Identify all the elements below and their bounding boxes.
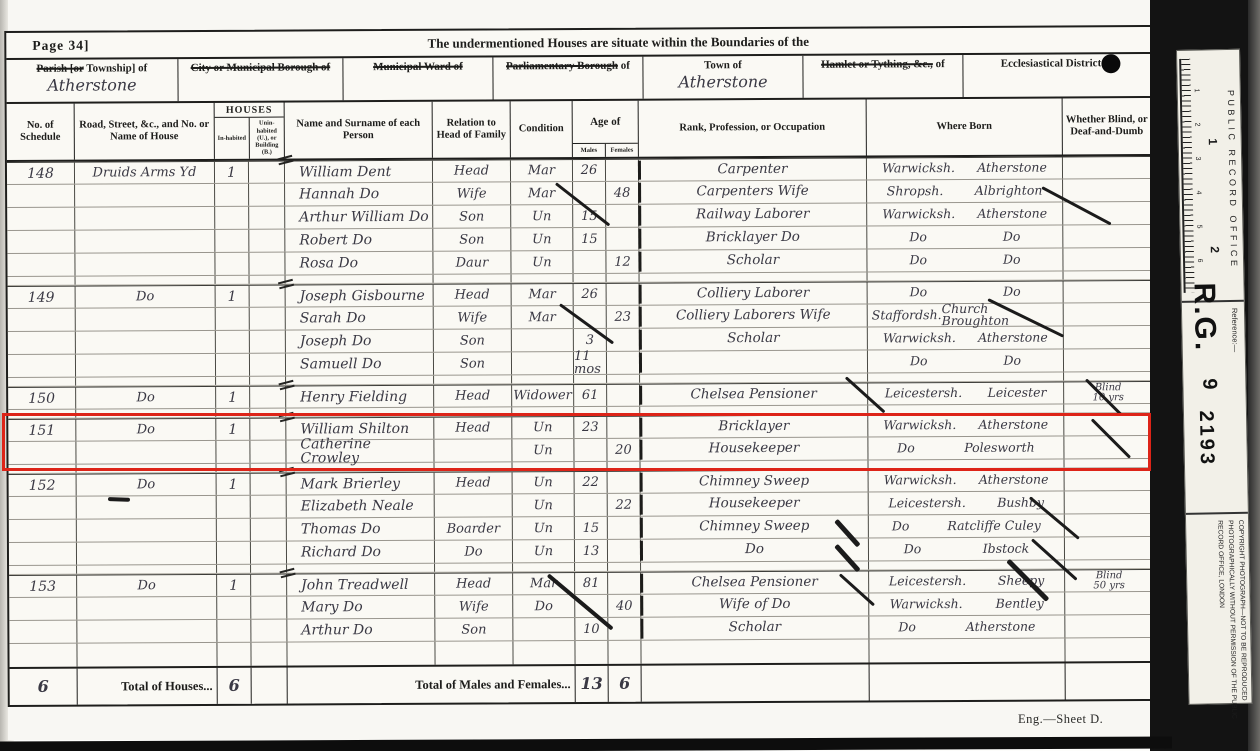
cell-occ (641, 561, 869, 570)
boundary-town: Town of Atherstone (643, 56, 803, 99)
cell-name: Joseph Gisbourne (286, 285, 434, 307)
cell-born (868, 271, 1064, 280)
cell-inf (1065, 537, 1153, 559)
cell-name: Robert Do (285, 229, 433, 252)
cell-sch: 150 (8, 388, 76, 409)
cell-af (607, 274, 640, 282)
cell-inh (216, 308, 250, 330)
col-houses-group: HOUSES In-habited Unin-habited (U.), or … (215, 103, 285, 159)
public-record-office-label: PUBLIC RECORD OFFICE (1226, 90, 1239, 270)
cell-name: John Treadwell (287, 574, 435, 596)
cell-sch: 149 (8, 287, 76, 308)
cell-inf (1065, 592, 1153, 614)
cell-rel: Head (435, 472, 513, 493)
cell-sch (7, 254, 75, 276)
cell-rel: Do (435, 540, 513, 562)
boundary-ward-struck: Municipal Ward of (373, 61, 463, 73)
cell-name: Mary Do (287, 596, 435, 619)
cell-cond: Un (513, 472, 575, 493)
cell-sch (9, 621, 77, 643)
cell-am: 26 (573, 160, 606, 181)
boundary-parliamentary-borough: Parliamentary Borough of (493, 57, 643, 100)
cell-am (575, 494, 608, 516)
cell-af (606, 205, 639, 227)
cell-cond: Un (511, 228, 573, 250)
cell-occ: Colliery Laborer (640, 282, 868, 304)
cell-inh (217, 542, 251, 564)
cell-rel (434, 375, 512, 383)
cell-af (607, 352, 640, 374)
cell-sch (9, 644, 77, 667)
cell-rel: Daur (433, 251, 511, 273)
cell-occ (640, 373, 868, 382)
cell-road: Do (77, 474, 217, 496)
col-infirmity: Whether Blind, or Deaf-and-Dumb (1063, 98, 1151, 154)
page-number: Page 34] (32, 37, 89, 53)
cell-cond: Mar (511, 160, 573, 181)
cell-af (608, 563, 641, 571)
boundary-hamlet: Hamlet or Tything, &c., of (803, 55, 963, 98)
cell-uninh (249, 207, 285, 229)
cell-born: Shropsh.Albrighton (867, 179, 1063, 202)
cell-rel (435, 563, 513, 571)
cell-born: Warwicksh.Atherstone (867, 202, 1063, 225)
cell-inh: 1 (217, 474, 251, 495)
cell-born: Warwicksh.Atherstone (868, 326, 1064, 349)
boundary-city-borough: City or Municipal Borough of (178, 58, 343, 101)
cell-af (608, 517, 641, 539)
cell-inf (1065, 615, 1153, 637)
cell-inf (1064, 349, 1152, 371)
cell-inh (217, 496, 251, 518)
col-condition: Condition (511, 101, 573, 157)
cell-cond: Mar (511, 182, 573, 204)
cell-inh (215, 207, 249, 229)
boundary-parish-value: Atherstone (6, 75, 177, 95)
cell-inf (1064, 303, 1152, 325)
col-inhabited: In-habited (215, 118, 250, 159)
cell-inh (216, 276, 250, 284)
ruler-number: 2 (1193, 123, 1200, 127)
totals-infirmity-blank (1066, 663, 1154, 699)
col-name: Name and Surname of each Person (285, 102, 433, 159)
boundary-ecclesiastical: Ecclesiastical District of (963, 54, 1150, 97)
cell-name: Arthur Do (287, 619, 435, 642)
totals-schedule: 6 (10, 669, 78, 705)
cell-name (287, 564, 435, 573)
col-age-group: Age of Males Females (573, 101, 639, 157)
cell-cond: Un (513, 540, 575, 562)
cell-sch: 153 (9, 576, 77, 597)
ruler-number: 3 (1194, 157, 1201, 161)
boundary-parish-label: Township] of (86, 62, 147, 74)
cell-inf (1064, 271, 1152, 279)
cell-road (75, 253, 215, 276)
boundary-city-struck: City or Municipal Borough of (191, 61, 331, 74)
cell-name (286, 275, 434, 284)
census-scan-viewport: Page 34] The undermentioned Houses are s… (0, 0, 1260, 751)
cell-inf (1065, 560, 1153, 568)
cell-am: 15 (575, 517, 608, 539)
cell-born: Warwicksh.Bentley (869, 592, 1065, 615)
cell-cond: Widower (512, 385, 574, 406)
cell-cond: Un (511, 205, 573, 227)
cell-road (77, 597, 217, 620)
ruler-number: 1 (1193, 89, 1200, 93)
col-road: Road, Street, &c., and No. or Name of Ho… (75, 103, 215, 160)
cell-occ (640, 350, 868, 373)
totals-occupation-blank (642, 664, 870, 701)
cell-rel (435, 494, 513, 516)
cell-inf (1065, 469, 1153, 490)
cell-am (575, 641, 608, 664)
cell-am: 81 (575, 573, 608, 594)
cell-am: 13 (575, 540, 608, 562)
cell-road (75, 207, 215, 230)
cell-occ: Chimney Sweep (641, 515, 869, 538)
ruler-icon (1179, 59, 1194, 293)
ink-mark (108, 497, 130, 502)
cell-born (869, 638, 1065, 662)
boundary-hamlet-label: of (936, 58, 945, 70)
cell-af: 40 (608, 595, 641, 617)
cell-born: DoDo (867, 225, 1063, 248)
boundary-town-label: Town of (704, 59, 742, 71)
cell-inh (216, 331, 250, 353)
cell-inh (217, 597, 251, 619)
totals-males: 13 (576, 666, 609, 702)
cell-inf (1065, 514, 1153, 536)
totals-houses-label: Total of Houses... (78, 668, 218, 705)
cell-road (76, 377, 216, 386)
cell-sch (9, 598, 77, 620)
cell-sch (8, 277, 76, 285)
cell-uninh (249, 230, 285, 252)
cell-road (77, 542, 217, 565)
cell-occ: Do (641, 538, 869, 561)
cell-am: 11 mos (574, 352, 607, 374)
cell-born (868, 372, 1064, 381)
boundary-parl-struck: Parliamentary Borough (506, 60, 618, 73)
cell-road: Do (76, 387, 216, 409)
cell-cond (512, 352, 574, 374)
cell-uninh (249, 253, 285, 275)
cell-sch (9, 520, 77, 542)
cell-born: DoDo (867, 248, 1063, 271)
cell-occ: Scholar (641, 616, 869, 639)
cell-am: 3 (574, 329, 607, 351)
boundary-header-row: Parish [or Township] of Atherstone City … (6, 54, 1150, 104)
cell-uninh (251, 620, 287, 642)
strip-divider (1186, 512, 1248, 515)
cell-sch (8, 332, 76, 354)
col-schedule: No. of Schedule (7, 104, 75, 160)
col-uninhabited: Unin-habited (U.), or Building (B.) (250, 118, 284, 159)
ruler-inch-number: 2 (1208, 246, 1222, 253)
cell-occ: Housekeeper (641, 492, 869, 515)
series-number: 9 (1197, 378, 1220, 390)
totals-born-blank (870, 663, 1066, 700)
cell-road: Druids Arms Yd (75, 162, 215, 184)
cell-af: 12 (606, 251, 639, 273)
cell-sch: 148 (7, 163, 75, 184)
cell-uninh (251, 597, 287, 619)
cell-cond (512, 329, 574, 351)
reference-strip: 1 2 3 4 5 6 1 2 PUBLIC RECORD OFFICE Ref… (1176, 49, 1253, 705)
cell-road (76, 354, 216, 377)
cell-rel (435, 641, 513, 664)
boundary-hamlet-struck: Hamlet or Tything, &c., (821, 58, 933, 71)
cell-road (77, 620, 217, 643)
cell-sch (8, 309, 76, 331)
cell-inf (1063, 157, 1151, 178)
cell-name: Henry Fielding (286, 386, 434, 408)
cell-inf (1064, 372, 1152, 380)
cell-occ: Colliery Laborers Wife (640, 304, 868, 327)
cell-road (76, 331, 216, 354)
sheet-footnote: Eng.—Sheet D. (1018, 712, 1103, 727)
cell-name (287, 642, 435, 666)
col-age: Age of (573, 101, 638, 143)
totals-houses-value: 6 (218, 668, 252, 704)
cell-af (608, 618, 641, 640)
cell-born: DoAtherstone (869, 615, 1065, 638)
cell-rel: Son (435, 618, 513, 640)
cell-occ: Bricklayer Do (639, 226, 867, 249)
cell-occ: Scholar (639, 249, 867, 272)
highlight-box (2, 413, 1151, 471)
cell-inf (1065, 638, 1153, 661)
cell-sch (8, 355, 76, 377)
cell-am (575, 563, 608, 571)
cell-occ: Chelsea Pensioner (641, 571, 869, 593)
ruler-number: 6 (1196, 259, 1203, 263)
cell-cond: Mar (512, 284, 574, 305)
cell-rel: Son (434, 352, 512, 374)
cell-cond (513, 618, 575, 640)
cell-af (607, 385, 640, 406)
boundary-municipal-ward: Municipal Ward of (343, 57, 493, 100)
cell-road (77, 565, 217, 574)
cell-inh (216, 354, 250, 376)
cell-name: Thomas Do (287, 518, 435, 541)
cell-cond (512, 274, 574, 282)
cell-am (574, 274, 607, 282)
cell-name: Mark Brierley (287, 473, 435, 495)
cell-road: Do (76, 286, 216, 308)
cell-inf (1064, 326, 1152, 348)
cell-uninh (250, 331, 286, 353)
cell-inh: 1 (217, 575, 251, 596)
cell-uninh (250, 354, 286, 376)
cell-af (608, 573, 641, 594)
cell-inh (216, 377, 250, 385)
cell-inh: 1 (216, 286, 250, 307)
ruler-number: 5 (1195, 225, 1202, 229)
cell-name: Arthur William Do (285, 206, 433, 229)
cell-name: Samuell Do (286, 353, 434, 376)
cell-inf (1063, 179, 1151, 201)
cell-sch (9, 497, 77, 519)
cell-name: Rosa Do (285, 252, 433, 275)
cell-inh (217, 519, 251, 541)
cell-born: DoDo (868, 349, 1064, 372)
cell-rel (434, 274, 512, 282)
cell-occ: Wife of Do (641, 593, 869, 616)
cell-af: 23 (607, 306, 640, 328)
cell-name: William Dent (285, 161, 433, 183)
cell-occ (641, 639, 869, 663)
cell-rel: Boarder (435, 517, 513, 539)
cell-name: Richard Do (287, 541, 435, 564)
cell-name: Hannah Do (285, 183, 433, 206)
cell-rel: Wife (434, 306, 512, 328)
cell-am (573, 251, 606, 273)
cell-af (608, 641, 641, 664)
table-body: 148Druids Arms Yd1William DentHeadMar26C… (7, 156, 1154, 667)
cell-sch (7, 185, 75, 207)
cell-name (286, 376, 434, 385)
ruler-inch-number: 1 (1206, 138, 1220, 145)
reference-label: Reference:— (1230, 308, 1240, 352)
cell-road (77, 643, 217, 667)
cell-cond: Do (513, 595, 575, 617)
cell-born: Warwicksh.Atherstone (867, 157, 1063, 179)
cell-road (77, 496, 217, 519)
cell-road (75, 230, 215, 253)
cell-sch (9, 566, 77, 574)
cell-occ (640, 272, 868, 281)
ink-blot (1101, 54, 1120, 73)
cell-uninh (251, 643, 287, 666)
cell-road (77, 519, 217, 542)
cell-rel: Head (433, 160, 511, 181)
cell-inf (1064, 281, 1152, 302)
cell-rel: Son (433, 205, 511, 227)
cell-sch (8, 378, 76, 386)
cell-am (574, 375, 607, 383)
cell-sch (7, 208, 75, 230)
cell-cond (513, 641, 575, 664)
ruler-number: 4 (1195, 191, 1202, 195)
cell-road: Do (77, 575, 217, 597)
cell-am: 15 (573, 228, 606, 250)
cell-inf (1065, 491, 1153, 513)
cell-af (606, 160, 639, 181)
situate-title: The undermentioned Houses are situate wi… (126, 32, 1110, 53)
cell-inh (217, 565, 251, 573)
cell-am: 26 (574, 284, 607, 305)
col-males: Males (573, 144, 606, 157)
cell-born (869, 560, 1065, 569)
cell-am: 22 (575, 472, 608, 493)
cell-sch (7, 231, 75, 253)
cell-rel: Wife (433, 182, 511, 204)
boundary-eccl-label: Ecclesiastical District of (1001, 57, 1113, 70)
cell-inh: 1 (216, 387, 250, 408)
cell-sch: 152 (9, 475, 77, 496)
col-females: Females (606, 144, 638, 157)
piece-number: 2193 (1194, 410, 1218, 467)
cell-born: Warwicksh.Atherstone (869, 469, 1065, 491)
cell-occ: Carpenter (639, 158, 867, 180)
cell-rel: Head (434, 385, 512, 406)
col-where-born: Where Born (867, 98, 1063, 155)
cell-uninh (251, 519, 287, 541)
cell-road (76, 276, 216, 285)
cell-name: Sarah Do (286, 307, 434, 330)
cell-inh (215, 253, 249, 275)
cell-rel: Son (433, 228, 511, 250)
cell-cond (513, 563, 575, 571)
boundary-town-value: Atherstone (643, 72, 802, 92)
cell-occ: Chimney Sweep (641, 470, 869, 492)
col-houses: HOUSES (215, 103, 284, 118)
cell-af: 48 (606, 182, 639, 204)
cell-inf (1063, 225, 1151, 247)
cell-inf: Blind 50 yrs (1065, 570, 1153, 591)
totals-row: 6 Total of Houses... 6 Total of Males an… (10, 661, 1154, 705)
cell-inh (217, 620, 251, 642)
cell-rel: Son (434, 329, 512, 351)
cell-af (606, 228, 639, 250)
cell-uninh (249, 184, 285, 206)
cell-cond: Un (511, 251, 573, 273)
cell-af (607, 284, 640, 305)
boundary-parish: Parish [or Township] of Atherstone (6, 59, 178, 102)
cell-sch (9, 543, 77, 565)
col-occupation: Rank, Profession, or Occupation (639, 99, 867, 156)
cell-name: Elizabeth Neale (287, 495, 435, 518)
boundary-parish-struck: Parish [or (37, 63, 84, 75)
col-relation: Relation to Head of Family (433, 101, 511, 157)
cell-rel: Head (435, 573, 513, 594)
cell-am: 61 (574, 385, 607, 406)
cell-uninh (251, 542, 287, 564)
cell-occ: Railway Laborer (639, 203, 867, 226)
cell-uninh (250, 308, 286, 330)
cell-cond: Un (513, 517, 575, 539)
cell-born: Leicestersh.Leicester (868, 382, 1064, 404)
cell-born: DoRatcliffe Culey (869, 514, 1065, 537)
cell-occ: Carpenters Wife (639, 180, 867, 203)
cell-rel: Head (434, 284, 512, 305)
cell-uninh (251, 496, 287, 518)
cell-inf (1063, 248, 1151, 270)
cell-inf (1064, 404, 1152, 412)
cell-af (608, 472, 641, 493)
cell-inh: 1 (215, 162, 249, 183)
cell-road (76, 308, 216, 331)
cell-road (75, 184, 215, 207)
cell-cond: Un (513, 494, 575, 516)
series-label: R.G. (1186, 282, 1221, 352)
cell-occ: Scholar (640, 327, 868, 350)
copyright-notice: COPYRIGHT PHOTOGRAPH—NOT TO BE REPRODUCE… (1191, 520, 1249, 749)
totals-uninhabited (252, 668, 288, 704)
cell-name: Joseph Do (286, 330, 434, 353)
boundary-parl-label: of (621, 60, 630, 72)
cell-af (607, 375, 640, 383)
totals-females: 6 (609, 666, 642, 702)
cell-inh (215, 230, 249, 252)
cell-cond (512, 375, 574, 383)
cell-rel: Wife (435, 595, 513, 617)
cell-inh (217, 643, 251, 666)
cell-af (608, 540, 641, 562)
table-header-row: No. of Schedule Road, Street, &c., and N… (7, 98, 1151, 162)
cell-occ: Chelsea Pensioner (640, 383, 868, 405)
